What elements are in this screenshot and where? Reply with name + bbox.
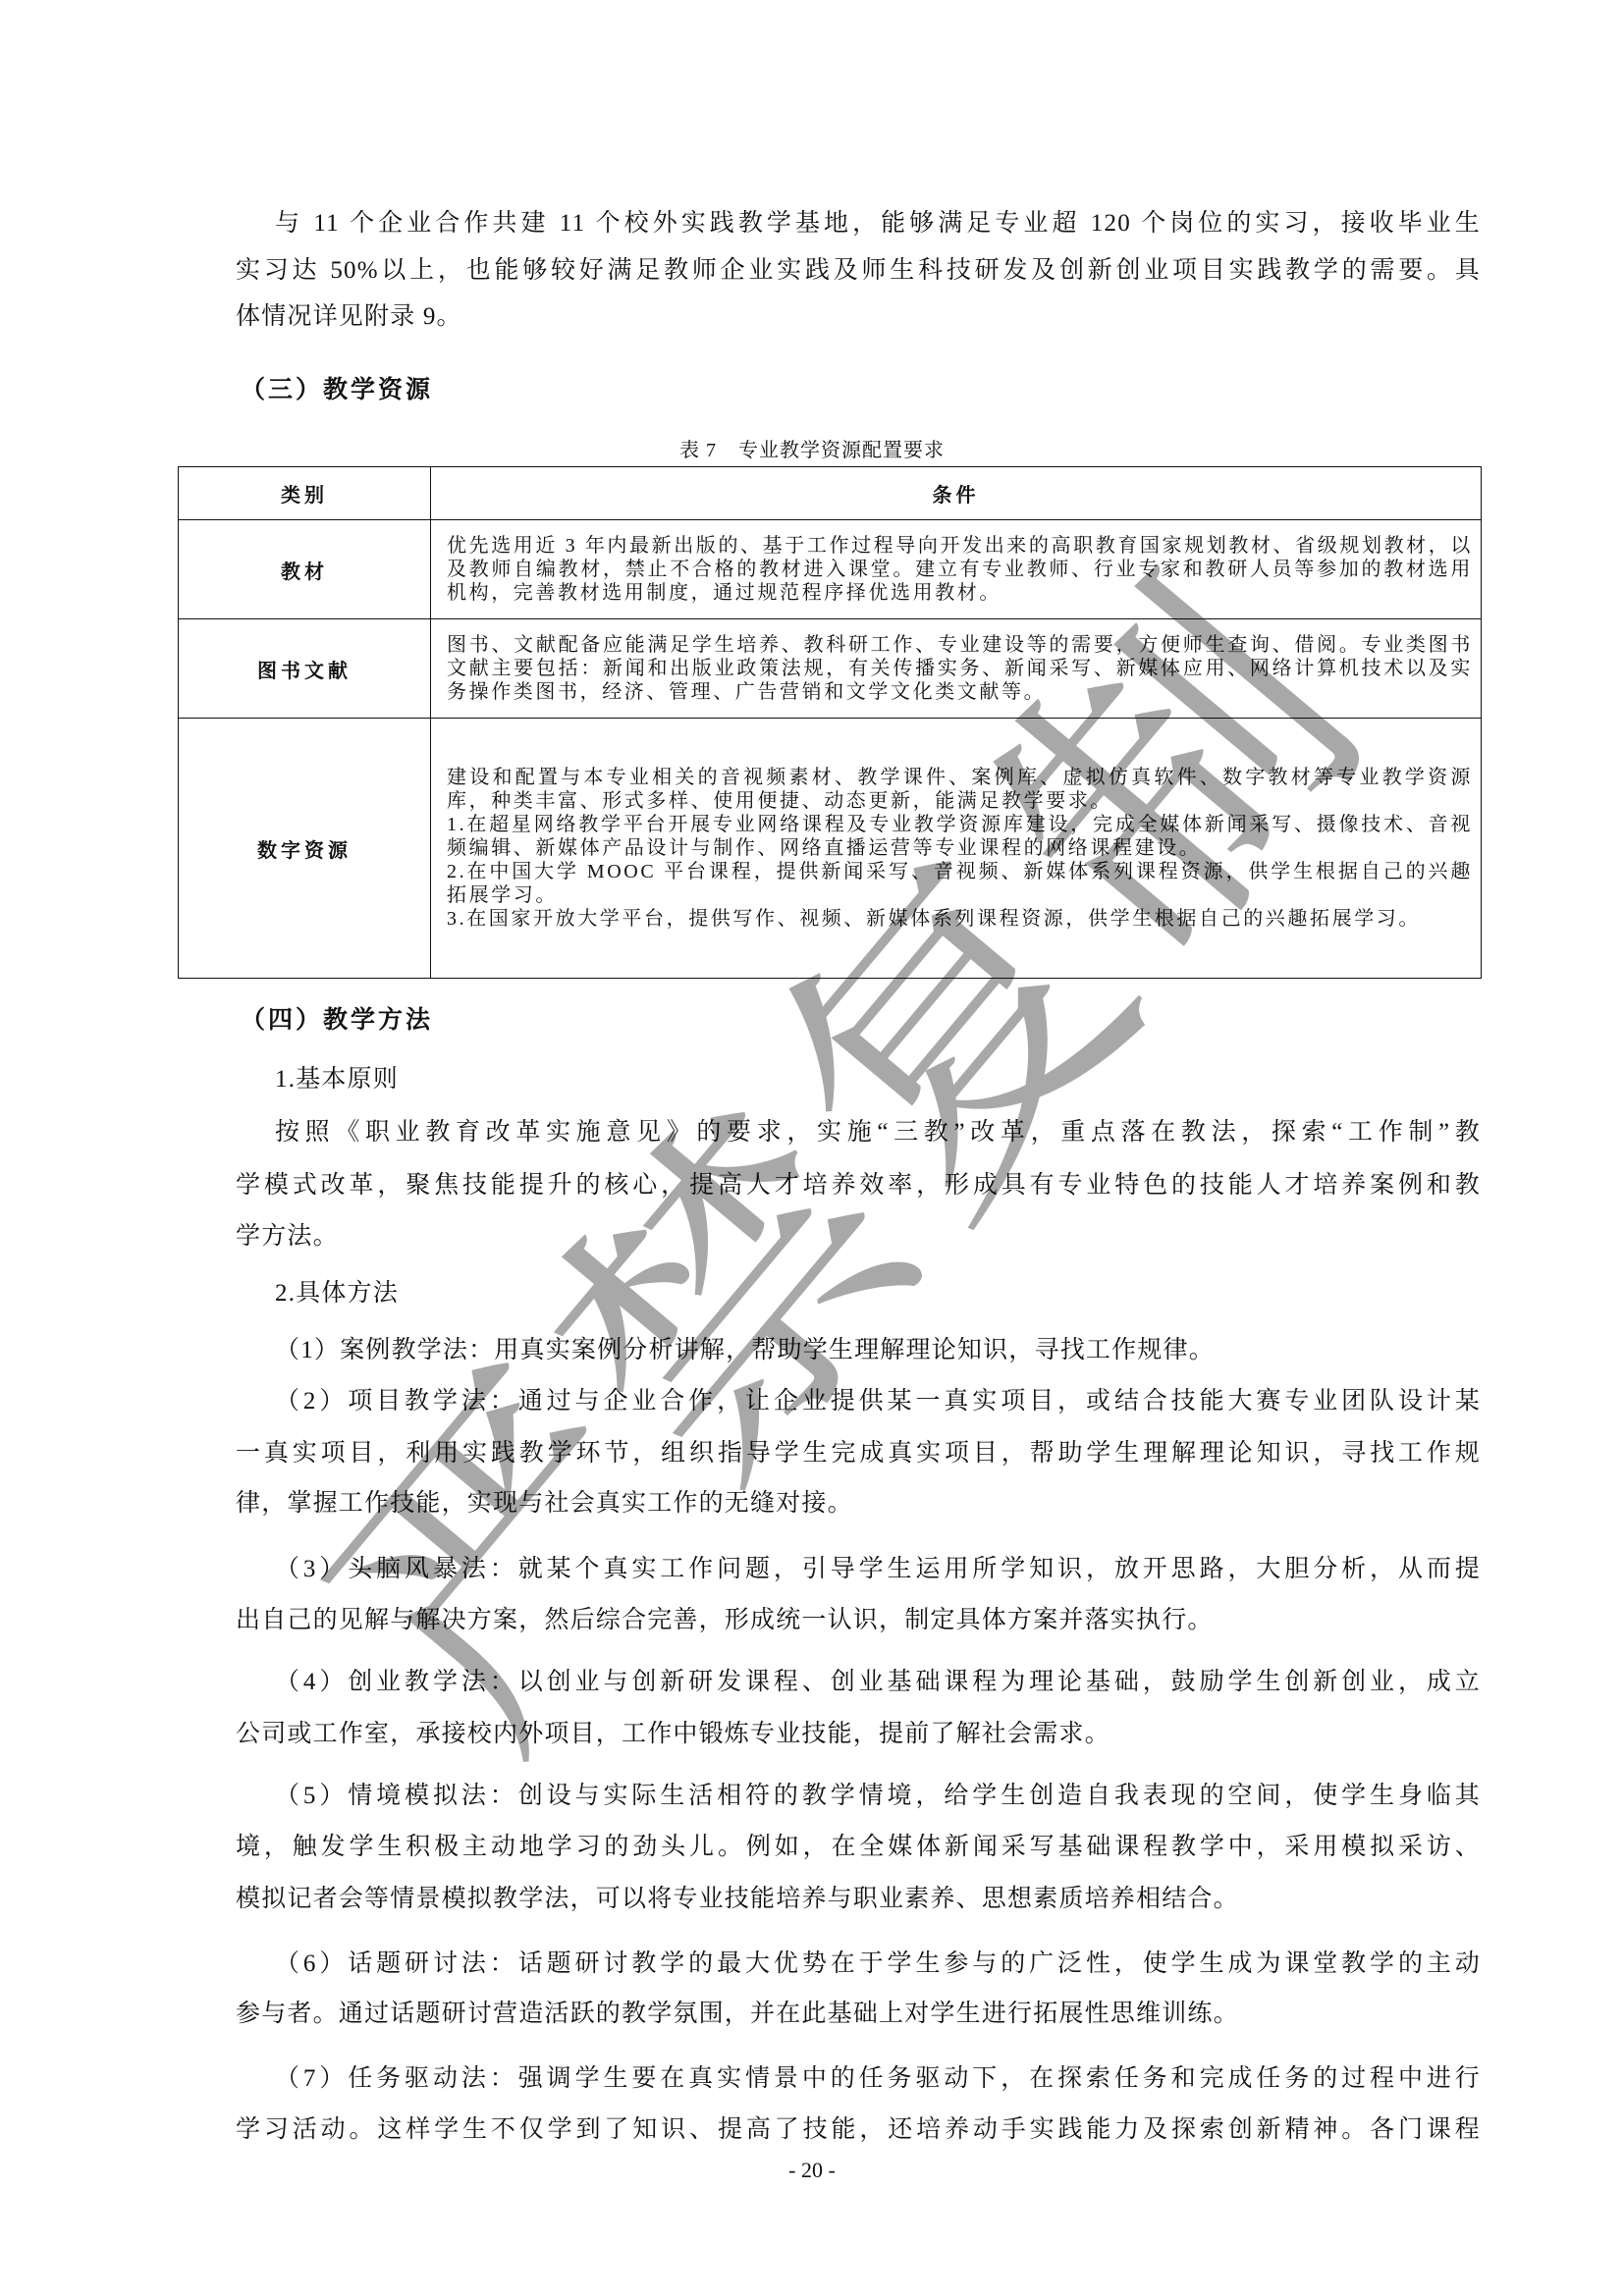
method-7-line-2: 学习活动。这样学生不仅学到了知识、提高了技能，还培养动手实践能力及探索创新精神。… (236, 2115, 1481, 2145)
principle-line-2: 学模式改革，聚焦技能提升的核心，提高人才培养效率，形成具有专业特色的技能人才培养… (236, 1171, 1481, 1201)
table-row: 图书文献 图书、文献配备应能满足学生培养、教科研工作、专业建设等的需要，方便师生… (179, 619, 1482, 719)
method-2-line-3: 律，掌握工作技能，实现与社会真实工作的无缝对接。 (236, 1489, 853, 1519)
method-7-line-1: （7）任务驱动法：强调学生要在真实情景中的任务驱动下，在探索任务和完成任务的过程… (275, 2064, 1481, 2094)
intro-line-2: 实习达 50%以上，也能够较好满足教师企业实践及师生科技研发及创新创业项目实践教… (236, 256, 1481, 286)
subsection-title-specific-methods: 2.具体方法 (275, 1279, 399, 1308)
row-category: 教材 (179, 520, 431, 619)
method-4-line-1: （4）创业教学法：以创业与创新研发课程、创业基础课程为理论基础，鼓励学生创新创业… (275, 1668, 1481, 1697)
row-condition: 优先选用近 3 年内最新出版的、基于工作过程导向开发出来的高职教育国家规划教材、… (431, 520, 1482, 619)
table-row: 数字资源 建设和配置与本专业相关的音视频素材、教学课件、案例库、虚拟仿真软件、数… (179, 719, 1482, 979)
table-row: 教材 优先选用近 3 年内最新出版的、基于工作过程导向开发出来的高职教育国家规划… (179, 520, 1482, 619)
table-caption-label: 表 7 (679, 440, 717, 461)
method-5-line-3: 模拟记者会等情景模拟教学法，可以将专业技能培养与职业素养、思想素质培养相结合。 (236, 1885, 1239, 1914)
principle-line-3: 学方法。 (236, 1222, 339, 1252)
method-1-line-1: （1）案例教学法：用真实案例分析讲解，帮助学生理解理论知识，寻找工作规律。 (275, 1336, 1215, 1365)
section-heading-teaching-resources: （三）教学资源 (241, 376, 433, 405)
method-3-line-2: 出自己的见解与解决方案，然后综合完善，形成统一认识，制定具体方案并落实执行。 (236, 1606, 1214, 1635)
row-category: 图书文献 (179, 619, 431, 719)
condition-paragraph: 2.在中国大学 MOOC 平台课程，提供新闻采写、音视频、新媒体系列课程资源，供… (447, 860, 1473, 907)
intro-line-1: 与 11 个企业合作共建 11 个校外实践教学基地，能够满足专业超 120 个岗… (275, 209, 1481, 239)
teaching-resources-table: 类别 条件 教材 优先选用近 3 年内最新出版的、基于工作过程导向开发出来的高职… (178, 466, 1482, 979)
method-5-line-2: 境，触发学生积极主动地学习的劲头儿。例如，在全媒体新闻采写基础课程教学中，采用模… (236, 1833, 1481, 1862)
condition-paragraph: 建设和配置与本专业相关的音视频素材、教学课件、案例库、虚拟仿真软件、数字教材等专… (447, 766, 1473, 813)
method-5-line-1: （5）情境模拟法：创设与实际生活相符的教学情境，给学生创造自我表现的空间，使学生… (275, 1782, 1481, 1811)
method-4-line-2: 公司或工作室，承接校内外项目，工作中锻炼专业技能，提前了解社会需求。 (236, 1720, 1110, 1749)
method-6-line-2: 参与者。通过话题研讨营造活跃的教学氛围，并在此基础上对学生进行拓展性思维训练。 (236, 2000, 1239, 2029)
principle-line-1: 按照《职业教育改革实施意见》的要求，实施“三教”改革，重点落在教法，探索“工作制… (275, 1118, 1481, 1148)
method-2-line-2: 一真实项目，利用实践教学环节，组织指导学生完成真实项目，帮助学生理解理论知识，寻… (236, 1439, 1481, 1468)
condition-paragraph: 图书、文献配备应能满足学生培养、教科研工作、专业建设等的需要，方便师生查询、借阅… (447, 633, 1473, 704)
intro-line-3: 体情况详见附录 9。 (236, 302, 462, 332)
subsection-title-basic-principles: 1.基本原则 (275, 1065, 399, 1095)
method-2-line-1: （2）项目教学法：通过与企业合作，让企业提供某一真实项目，或结合技能大赛专业团队… (275, 1387, 1481, 1416)
table-caption-title: 专业教学资源配置要求 (738, 440, 945, 461)
page-number: - 20 - (0, 2157, 1624, 2184)
condition-paragraph: 优先选用近 3 年内最新出版的、基于工作过程导向开发出来的高职教育国家规划教材、… (447, 534, 1473, 605)
header-condition: 条件 (431, 467, 1482, 520)
method-6-line-1: （6）话题研讨法：话题研讨教学的最大优势在于学生参与的广泛性，使学生成为课堂教学… (275, 1949, 1481, 1979)
section-heading-teaching-methods: （四）教学方法 (241, 1006, 433, 1036)
row-category: 数字资源 (179, 719, 431, 979)
condition-paragraph: 3.在国家开放大学平台，提供写作、视频、新媒体系列课程资源，供学生根据自己的兴趣… (447, 907, 1473, 931)
condition-paragraph: 1.在超星网络教学平台开展专业网络课程及专业教学资源库建设，完成全媒体新闻采写、… (447, 813, 1473, 860)
row-condition: 建设和配置与本专业相关的音视频素材、教学课件、案例库、虚拟仿真软件、数字教材等专… (431, 719, 1482, 979)
header-category: 类别 (179, 467, 431, 520)
table-header-row: 类别 条件 (179, 467, 1482, 520)
method-3-line-1: （3）头脑风暴法：就某个真实工作问题，引导学生运用所学知识，放开思路，大胆分析，… (275, 1555, 1481, 1584)
row-condition: 图书、文献配备应能满足学生培养、教科研工作、专业建设等的需要，方便师生查询、借阅… (431, 619, 1482, 719)
table-caption: 表 7专业教学资源配置要求 (0, 438, 1624, 463)
